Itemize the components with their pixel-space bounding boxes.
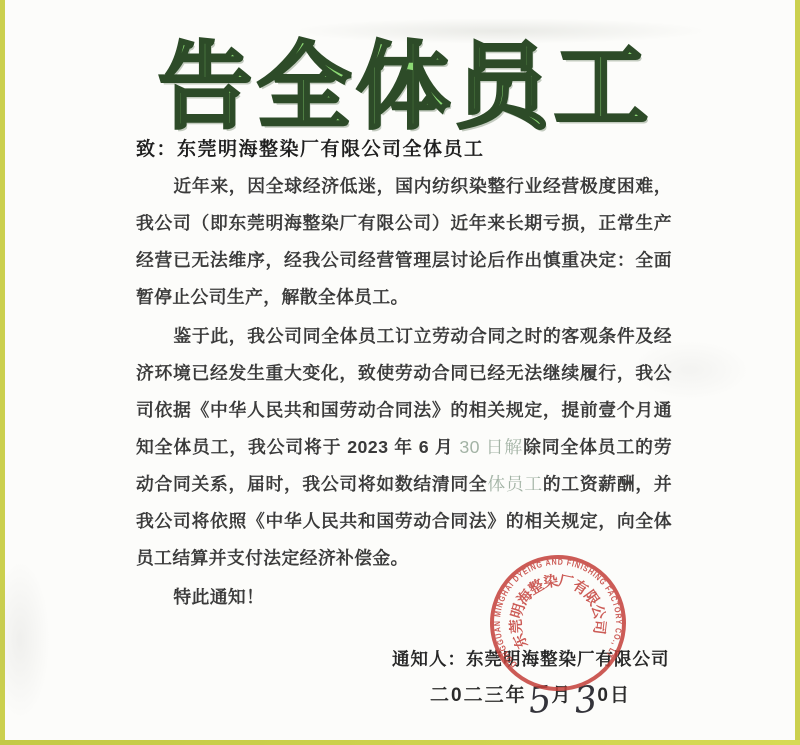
salutation-line: 致：东莞明海整染厂有限公司全体员工 [136, 134, 485, 161]
photo-border-right [795, 0, 800, 745]
text-run: 近年来，因全球经济低迷，国内纺织染整行业经营极度困难，我公司（即东莞明海整染厂有… [136, 176, 672, 307]
paragraph: 近年来，因全球经济低迷，国内纺织染整行业经营极度困难，我公司（即东莞明海整染厂有… [136, 168, 672, 316]
notice-document-photo: 告全体员工 致：东莞明海整染厂有限公司全体员工 近年来，因全球经济低迷，国内纺织… [0, 0, 800, 745]
seal-outer-ring [485, 550, 630, 695]
faded-text-run: 30 日解 [459, 437, 523, 457]
photo-border-bottom [0, 740, 800, 745]
paper-smudge [0, 560, 50, 720]
company-seal: DONGGUAN MINGHAI DYEING AND FINISHING FA… [457, 522, 659, 724]
photo-border-left [0, 0, 5, 745]
faded-text-run: 体员工 [487, 474, 542, 494]
text-run: 特此通知！ [173, 587, 264, 607]
notice-title: 告全体员工 [158, 40, 653, 134]
seal-english-text: DONGGUAN MINGHAI DYEING AND FINISHING FA… [457, 522, 628, 675]
